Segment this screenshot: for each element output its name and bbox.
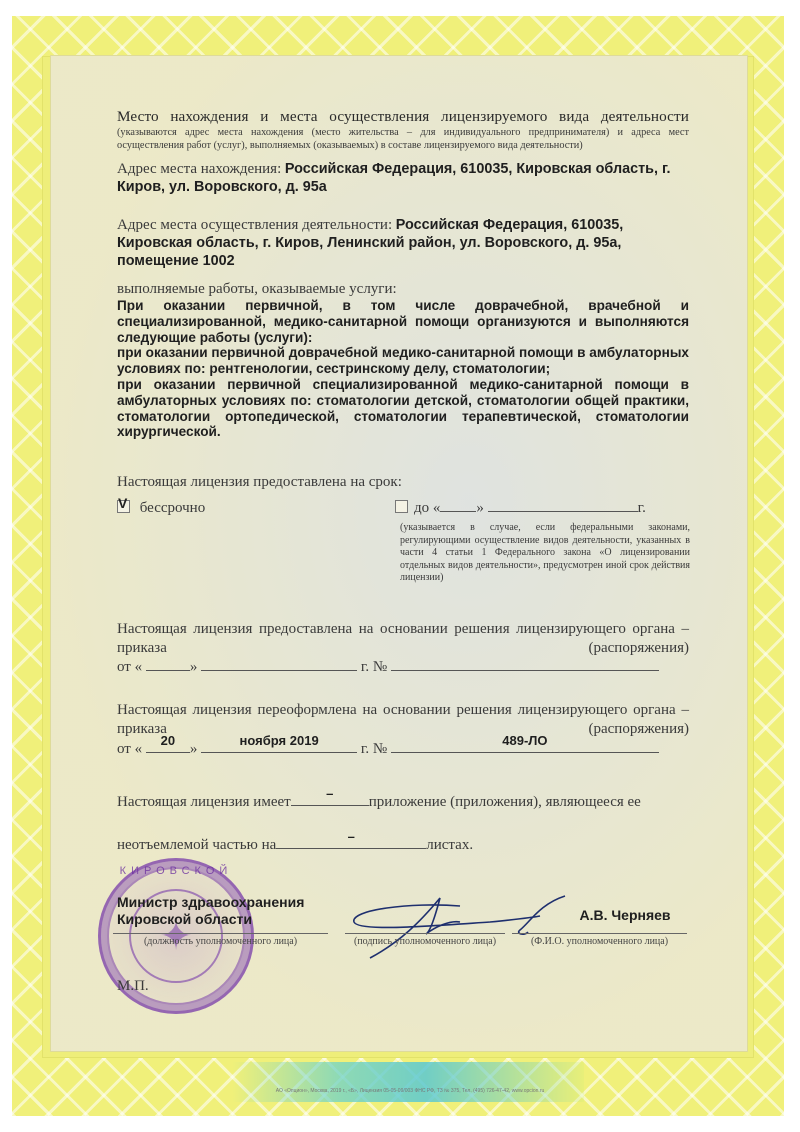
granted-from-label: от « xyxy=(117,659,142,675)
reissued-number-label: г. № xyxy=(361,741,387,757)
seal-text: КИРОВСКОЙ xyxy=(101,865,251,877)
until-mid: » xyxy=(476,500,484,516)
granted-day-field[interactable] xyxy=(146,656,190,671)
signatory-position: Министр здравоохранения Кировской област… xyxy=(117,894,327,928)
position-caption: (должность уполномоченного лица) xyxy=(113,933,328,947)
location-address: Адрес места нахождения: Российская Федер… xyxy=(117,160,689,196)
reissued-basis-fields: от « 20» ноября 2019 г. № 489-ЛО xyxy=(117,738,689,758)
name-caption: (Ф.И.О. уполномоченного лица) xyxy=(512,933,687,947)
granted-number-label: г. № xyxy=(361,659,387,675)
services-paragraph: При оказании первичной, в том числе довр… xyxy=(117,298,689,345)
location-address-label: Адрес места нахождения: xyxy=(117,161,281,177)
granted-quote-close: » xyxy=(190,659,198,675)
granted-month-field[interactable] xyxy=(201,656,357,671)
location-section: Место нахождения и места осуществления л… xyxy=(117,108,689,152)
seal-label: М.П. xyxy=(117,978,149,995)
activity-address-label: Адрес места осуществления деятельности: xyxy=(117,217,392,233)
check-mark-icon: V xyxy=(118,495,127,511)
reissued-from-label: от « xyxy=(117,741,142,757)
sheets-suffix: листах. xyxy=(426,837,473,853)
until-suffix: г. xyxy=(638,500,646,516)
until-date-field[interactable] xyxy=(488,511,638,512)
reissued-month-field[interactable]: ноября 2019 xyxy=(201,738,357,753)
signature-icon xyxy=(340,892,570,962)
granted-basis-label: Настоящая лицензия предоставлена на осно… xyxy=(117,621,689,656)
appendix-line-2: неотъемлемой частью на–листах. xyxy=(117,834,689,854)
reissued-quote-close: » xyxy=(190,741,198,757)
term-until-option: до «» г. xyxy=(395,500,690,517)
sheets-prefix: неотъемлемой частью на xyxy=(117,837,276,853)
appendix-line-1: Настоящая лицензия имеет–приложение (при… xyxy=(117,791,689,811)
term-section: Настоящая лицензия предоставлена на срок… xyxy=(117,474,689,491)
sheets-count-field[interactable]: – xyxy=(276,834,426,849)
security-band xyxy=(232,1062,584,1102)
printer-imprint: АО «Опцион», Москва, 2019 г., «Б», Лицен… xyxy=(250,1088,570,1094)
services-label: выполняемые работы, оказываемые услуги: xyxy=(117,280,689,298)
indefinite-checkbox[interactable]: V xyxy=(117,500,130,513)
appendix-prefix: Настоящая лицензия имеет xyxy=(117,794,291,810)
location-heading: Место нахождения и места осуществления л… xyxy=(117,108,689,126)
reissued-basis-label: Настоящая лицензия переоформлена на осно… xyxy=(117,702,689,737)
location-note: (указываются адрес места нахождения (мес… xyxy=(117,127,689,152)
appendix-suffix: приложение (приложения), являющееся ее xyxy=(369,794,641,810)
reissued-number-field[interactable]: 489-ЛО xyxy=(391,738,659,753)
granted-number-field[interactable] xyxy=(391,656,659,671)
granted-basis-fields: от « » г. № xyxy=(117,656,689,676)
granted-basis-text: Настоящая лицензия предоставлена на осно… xyxy=(117,620,689,658)
services-paragraph: при оказании первичной доврачебной медик… xyxy=(117,345,689,377)
until-note: (указывается в случае, если федеральными… xyxy=(400,522,690,585)
appendix-count-field[interactable]: – xyxy=(291,791,369,806)
until-checkbox[interactable] xyxy=(395,500,408,513)
services-section: выполняемые работы, оказываемые услуги: … xyxy=(117,280,689,440)
signature-caption: (подпись уполномоченного лица) xyxy=(345,933,505,947)
until-prefix: до « xyxy=(414,500,440,516)
reissued-day-field[interactable]: 20 xyxy=(146,738,190,753)
until-day-field[interactable] xyxy=(440,511,476,512)
term-heading: Настоящая лицензия предоставлена на срок… xyxy=(117,474,689,491)
signatory-name: А.В. Черняев xyxy=(560,907,690,923)
activity-address: Адрес места осуществления деятельности: … xyxy=(117,216,657,270)
indefinite-label: бессрочно xyxy=(140,500,205,516)
services-paragraph: при оказании первичной специализированно… xyxy=(117,377,689,440)
